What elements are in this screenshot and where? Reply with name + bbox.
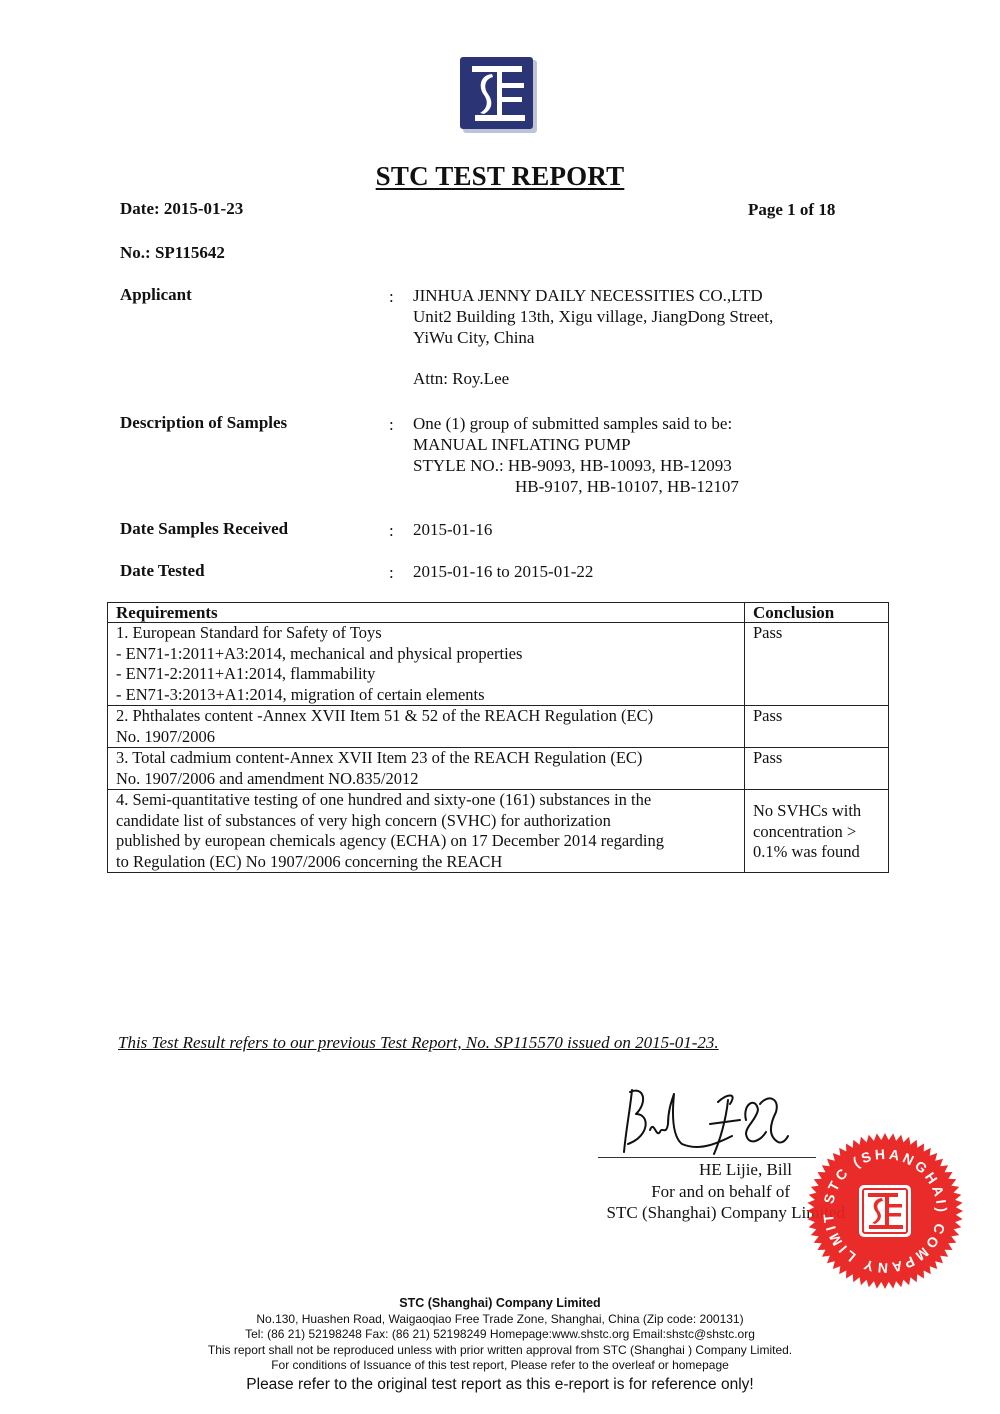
received-value: 2015-01-16 xyxy=(413,519,492,540)
requirement-line: published by european chemicals agency (… xyxy=(116,831,736,852)
requirement-line: No. 1907/2006 xyxy=(116,727,736,748)
conclusion-text: 0.1% was found xyxy=(753,842,880,863)
signature-line xyxy=(598,1157,816,1158)
footer-company: STC (Shanghai) Company Limited xyxy=(0,1296,1000,1312)
page-indicator: Page 1 of 18 xyxy=(748,200,835,220)
conclusion-cell: No SVHCs with concentration > 0.1% was f… xyxy=(745,790,889,873)
footer-notice: This report shall not be reproduced unle… xyxy=(0,1343,1000,1359)
requirement-line: to Regulation (EC) No 1907/2006 concerni… xyxy=(116,852,736,873)
footer-conditions: For conditions of Issuance of this test … xyxy=(0,1358,1000,1374)
conclusion-text: Pass xyxy=(753,748,880,769)
tested-label: Date Tested xyxy=(120,561,205,581)
conclusion-cell: Pass xyxy=(745,748,889,790)
tested-colon: : xyxy=(389,563,394,583)
requirement-line: 1. European Standard for Safety of Toys xyxy=(116,623,736,644)
applicant-colon: : xyxy=(389,287,394,307)
report-number: No.: SP115642 xyxy=(120,243,225,263)
table-header-row: Requirements Conclusion xyxy=(108,603,889,623)
requirement-cell: 1. European Standard for Safety of Toys … xyxy=(108,623,745,706)
applicant-value: JINHUA JENNY DAILY NECESSITIES CO.,LTD U… xyxy=(413,285,773,389)
requirement-line: No. 1907/2006 and amendment NO.835/2012 xyxy=(116,769,736,790)
requirement-line: - EN71-1:2011+A3:2014, mechanical and ph… xyxy=(116,644,736,665)
tested-value: 2015-01-16 to 2015-01-22 xyxy=(413,561,593,582)
report-title: STC TEST REPORT xyxy=(0,161,1000,192)
footer-address: No.130, Huashen Road, Waigaoqiao Free Tr… xyxy=(0,1312,1000,1328)
table-row: 3. Total cadmium content-Annex XVII Item… xyxy=(108,748,889,790)
requirement-line: - EN71-2:2011+A1:2014, flammability xyxy=(116,664,736,685)
conclusion-header: Conclusion xyxy=(745,603,889,623)
applicant-attn: Attn: Roy.Lee xyxy=(413,368,773,389)
report-date: Date: 2015-01-23 xyxy=(120,199,243,219)
applicant-address-line2: YiWu City, China xyxy=(413,327,773,348)
requirements-header: Requirements xyxy=(108,603,745,623)
table-row: 4. Semi-quantitative testing of one hund… xyxy=(108,790,889,873)
requirement-line: - EN71-3:2013+A1:2014, migration of cert… xyxy=(116,685,736,706)
requirement-cell: 3. Total cadmium content-Annex XVII Item… xyxy=(108,748,745,790)
description-style-no: STYLE NO.: HB-9093, HB-10093, HB-12093 xyxy=(413,455,739,476)
requirement-line: candidate list of substances of very hig… xyxy=(116,811,736,832)
conclusion-cell: Pass xyxy=(745,706,889,748)
table-row: 2. Phthalates content -Annex XVII Item 5… xyxy=(108,706,889,748)
handwritten-signature-icon xyxy=(610,1080,810,1160)
requirement-line: 2. Phthalates content -Annex XVII Item 5… xyxy=(116,706,736,727)
requirement-cell: 4. Semi-quantitative testing of one hund… xyxy=(108,790,745,873)
signatory-behalf: For and on behalf of xyxy=(651,1182,790,1202)
reference-note: This Test Result refers to our previous … xyxy=(118,1033,719,1053)
description-value: One (1) group of submitted samples said … xyxy=(413,413,739,497)
conclusion-text: No SVHCs with xyxy=(753,801,880,822)
conclusion-text: Pass xyxy=(753,706,880,727)
conclusion-text: concentration > xyxy=(753,822,880,843)
table-row: 1. European Standard for Safety of Toys … xyxy=(108,623,889,706)
conclusion-cell: Pass xyxy=(745,623,889,706)
description-label: Description of Samples xyxy=(120,413,287,433)
requirement-line: 3. Total cadmium content-Annex XVII Item… xyxy=(116,748,736,769)
conclusion-text: Pass xyxy=(753,623,880,644)
applicant-address-line1: Unit2 Building 13th, Xigu village, Jiang… xyxy=(413,306,773,327)
description-product: MANUAL INFLATING PUMP xyxy=(413,434,739,455)
applicant-company: JINHUA JENNY DAILY NECESSITIES CO.,LTD xyxy=(413,285,773,306)
company-seal-icon: STC (SHANGHAI) COMPANY LIMITED xyxy=(806,1132,964,1290)
description-style-no-cont: HB-9107, HB-10107, HB-12107 xyxy=(413,476,739,497)
signatory-name: HE Lijie, Bill xyxy=(699,1160,792,1180)
requirement-cell: 2. Phthalates content -Annex XVII Item 5… xyxy=(108,706,745,748)
received-colon: : xyxy=(389,521,394,541)
description-line1: One (1) group of submitted samples said … xyxy=(413,413,739,434)
footer: STC (Shanghai) Company Limited No.130, H… xyxy=(0,1296,1000,1395)
stc-logo-icon xyxy=(460,57,537,133)
footer-contact: Tel: (86 21) 52198248 Fax: (86 21) 52198… xyxy=(0,1327,1000,1343)
requirements-table: Requirements Conclusion 1. European Stan… xyxy=(107,602,889,873)
description-colon: : xyxy=(389,415,394,435)
received-label: Date Samples Received xyxy=(120,519,288,539)
requirement-line: 4. Semi-quantitative testing of one hund… xyxy=(116,790,736,811)
applicant-label: Applicant xyxy=(120,285,192,305)
footer-disclaimer: Please refer to the original test report… xyxy=(0,1375,1000,1395)
